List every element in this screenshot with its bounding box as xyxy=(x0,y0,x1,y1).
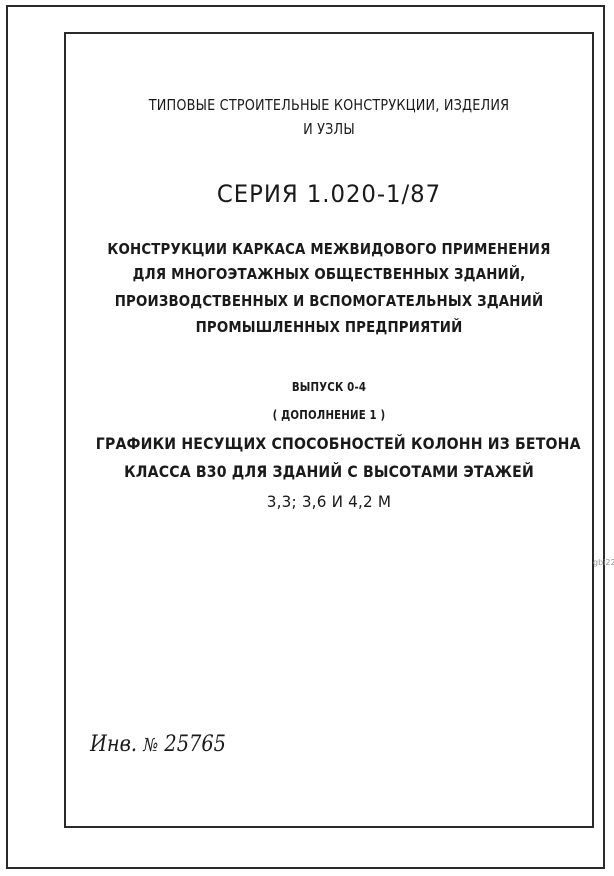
title-line-3: ПРОИЗВОДСТВЕННЫХ И ВСПОМОГАТЕЛЬНЫХ ЗДАНИ… xyxy=(101,292,557,310)
inner-frame xyxy=(64,32,594,828)
number-sign: № xyxy=(143,735,158,756)
subtitle-line-2: КЛАССА В30 ДЛЯ ЗДАНИЙ С ВЫСОТАМИ ЭТАЖЕЙ xyxy=(96,462,562,481)
series-title: СЕРИЯ 1.020-1/87 xyxy=(77,180,581,208)
header-line-2: И УЗЛЫ xyxy=(85,120,573,138)
inventory-value: 25765 xyxy=(164,732,226,757)
inventory-number: Инв. № 25765 xyxy=(90,732,226,757)
inventory-label: Инв. xyxy=(90,732,137,757)
watermark: gbi22.ru xyxy=(593,558,614,567)
subtitle-line-1: ГРАФИКИ НЕСУЩИХ СПОСОБНОСТЕЙ КОЛОНН ИЗ Б… xyxy=(96,434,562,453)
supplement-label: ( ДОПОЛНЕНИЕ 1 ) xyxy=(104,408,555,422)
header-line-1: ТИПОВЫЕ СТРОИТЕЛЬНЫЕ КОНСТРУКЦИИ, ИЗДЕЛИ… xyxy=(85,96,573,114)
subtitle-line-3: 3,3; 3,6 И 4,2 М xyxy=(77,492,581,511)
title-line-2: ДЛЯ МНОГОЭТАЖНЫХ ОБЩЕСТВЕННЫХ ЗДАНИЙ, xyxy=(101,265,557,283)
title-line-1: КОНСТРУКЦИИ КАРКАСА МЕЖВИДОВОГО ПРИМЕНЕН… xyxy=(101,240,557,258)
title-line-4: ПРОМЫШЛЕННЫХ ПРЕДПРИЯТИЙ xyxy=(101,318,557,336)
issue-label: ВЫПУСК 0-4 xyxy=(104,380,555,394)
